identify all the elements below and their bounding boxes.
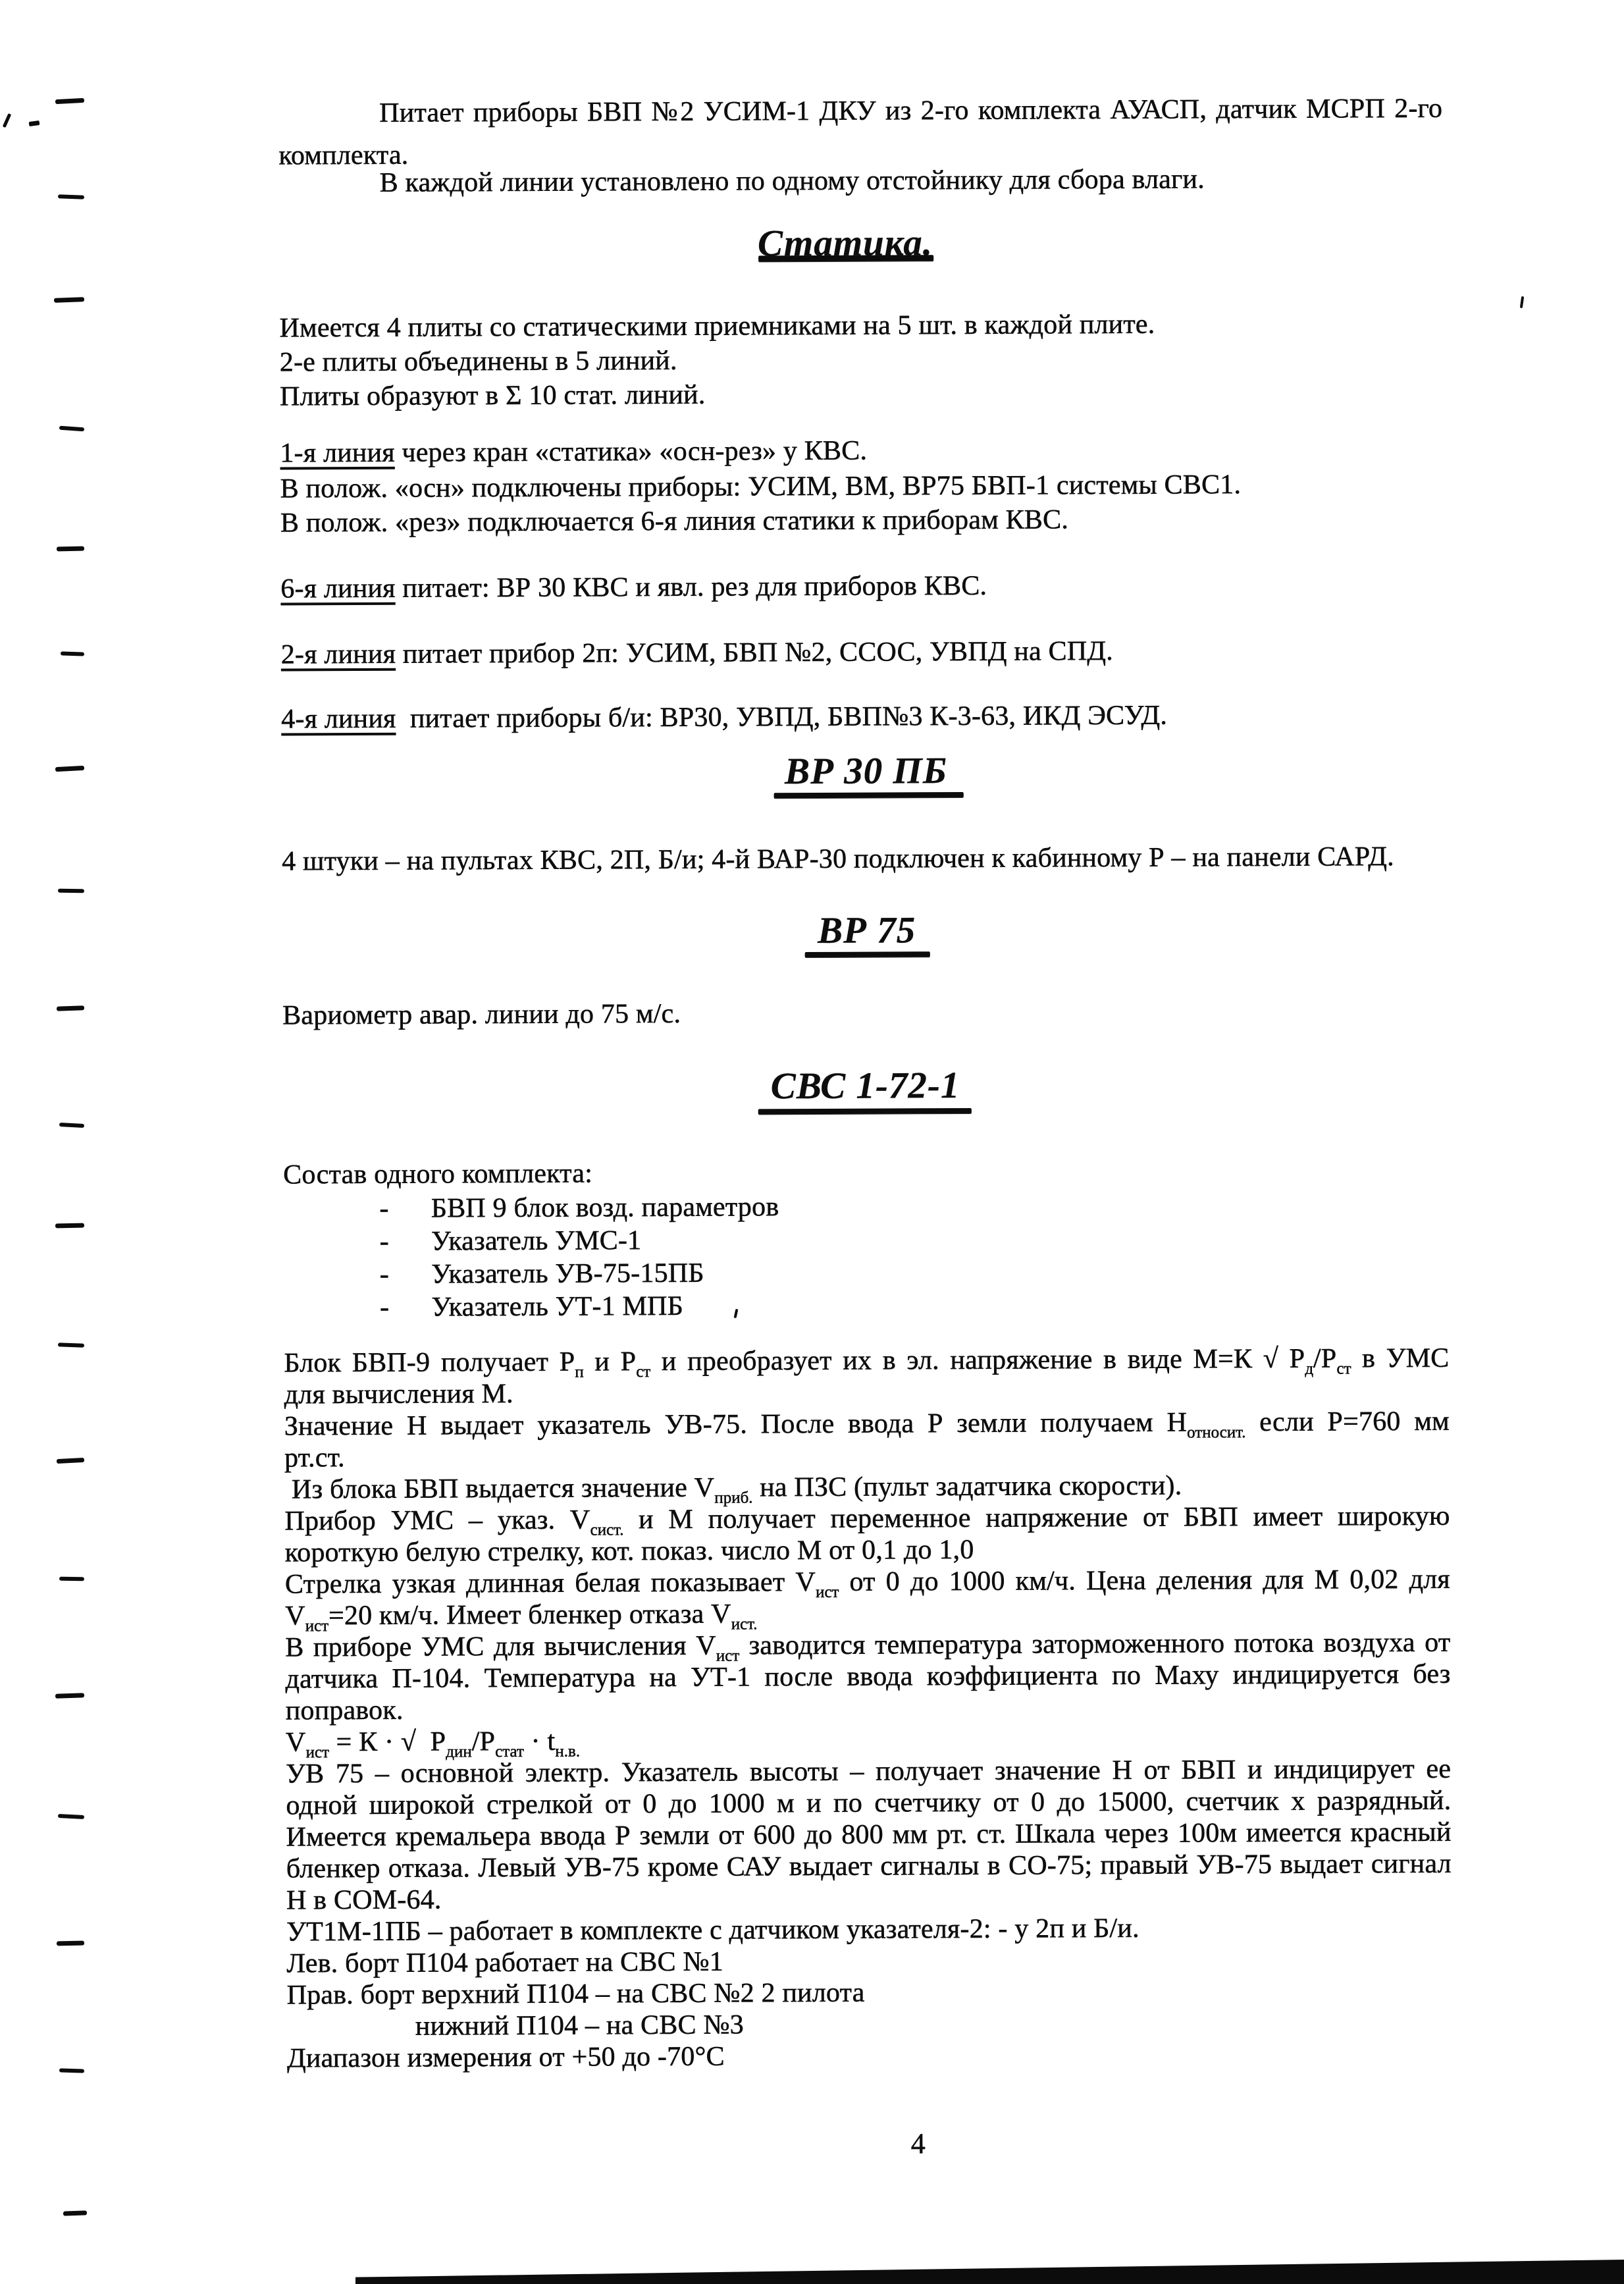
par-line-2: для вычисления М.	[284, 1379, 513, 1411]
statika-line-3: Плиты образуют в Σ 10 стат. линий.	[280, 380, 706, 413]
line4: 4-я линия питает приборы б/и: ВР30, УВПД…	[281, 701, 1167, 735]
text-segment: заводится температура заторможенного пот…	[739, 1628, 1450, 1661]
text-segment: В полож. «осн» подключены приборы: УСИМ,…	[280, 469, 1242, 504]
text-segment: - Указатель УМС-1	[380, 1225, 642, 1257]
text-segment: =20 км/ч. Имеет бленкер отказа V	[328, 1599, 731, 1632]
par-line-21: Прав. борт верхний П104 – на СВС №2 2 пи…	[287, 1978, 865, 2011]
subscript-text: д	[1305, 1360, 1313, 1378]
subscript-text: ст	[1336, 1360, 1351, 1377]
line1-krn: 1-я линия через кран «статика» «осн-рез»…	[280, 436, 867, 469]
par-line-15: одной широкой стрелкой от 0 до 1000 м и …	[286, 1786, 1451, 1822]
text-segment: питает прибор 2п: УСИМ, БВП №2, ССОС, УВ…	[396, 636, 1113, 670]
text-segment: /Р	[1313, 1344, 1337, 1374]
text-segment: Значение Н выдает указатель УВ-75. После…	[284, 1408, 1187, 1442]
par-line-10: В приборе УМС для вычисления Vист заводи…	[285, 1628, 1450, 1664]
text-segment: от 0 до 1000 км/ч. Цена деления для М 0,…	[839, 1564, 1450, 1597]
text-segment: бленкер отказа. Левый УВ-75 кроме САУ вы…	[286, 1849, 1452, 1884]
text-segment: - Указатель УВ-75-15ПБ	[380, 1258, 704, 1290]
text-segment: датчика П-104. Температура на УТ-1 после…	[285, 1659, 1450, 1695]
text-segment: и М получает переменное напряжение от БВ…	[623, 1501, 1450, 1535]
text-segment: через кран «статика» «осн-рез» у КВС.	[395, 436, 868, 468]
subscript-text: относит.	[1187, 1423, 1245, 1441]
line1-rez: В полож. «рез» подключается 6-я линия ст…	[280, 504, 1068, 539]
text-segment: Диапазон измерения от +50 до -70°С	[287, 2042, 725, 2074]
subscript-text: п	[575, 1364, 584, 1381]
svs-item-bvp9: - БВП 9 блок возд. параметров	[379, 1192, 779, 1225]
text-segment: комплекта.	[278, 140, 408, 171]
statika-line-2: 2-е плиты объединены в 5 линий.	[280, 346, 677, 379]
text-segment: Прибор УМС – указ. V	[284, 1504, 590, 1536]
par-line-12: поправок.	[286, 1695, 404, 1727]
svs-item-uv75: - Указатель УВ-75-15ПБ	[380, 1258, 704, 1290]
vr30pb-underline	[774, 792, 964, 798]
statika-underline	[758, 255, 933, 261]
text-segment: на ПЗС (пульт задатчика скорости).	[752, 1471, 1182, 1503]
text-segment: рт.ст.	[284, 1443, 345, 1473]
page-number: 4	[911, 2127, 926, 2160]
text-segment: Состав одного комплекта:	[283, 1158, 592, 1190]
vr75-line: Вариометр авар. линии до 75 м/с.	[282, 999, 681, 1032]
text-segment: питает: ВР 30 КВС и явл. рез для приборо…	[396, 571, 987, 604]
text-segment: Стрелка узкая длинная белая показывает V	[285, 1567, 816, 1600]
text-segment: и преобразует их в эл. напряжение в виде…	[650, 1344, 1305, 1377]
par-line-8: Стрелка узкая длинная белая показывает V…	[285, 1564, 1450, 1601]
heading-vr30pb: ВР 30 ПБ	[785, 750, 947, 793]
underlined-text: 4-я линия	[281, 704, 396, 735]
text-layer: Питает приборы БВП №2 УСИМ-1 ДКУ из 2-го…	[0, 0, 1624, 2284]
text-segment: Имеется 4 плиты со статическими приемник…	[279, 309, 1155, 344]
text-segment: В полож. «рез» подключается 6-я линия ст…	[280, 504, 1068, 538]
text-segment: · t	[524, 1726, 556, 1757]
svs-sostav: Состав одного комплекта:	[283, 1158, 592, 1190]
text-segment: V	[286, 1727, 306, 1757]
text-segment: Питает приборы БВП №2 УСИМ-1 ДКУ из 2-го…	[379, 93, 1442, 128]
par-line-22: нижний П104 – на СВС №3	[415, 2009, 744, 2042]
text-segment: СВС 1-72-1	[771, 1065, 960, 1107]
par-line-7: короткую белую стрелку, кот. показ. числ…	[285, 1535, 974, 1569]
subscript-text: ист	[816, 1583, 839, 1601]
text-segment: V	[285, 1601, 305, 1631]
text-segment: /Р	[472, 1726, 496, 1757]
par-line-6: Прибор УМС – указ. Vсист. и М получает п…	[284, 1501, 1450, 1537]
text-segment: Из блока БВП выдается значение V	[284, 1473, 714, 1505]
par-line-4: рт.ст.	[284, 1443, 345, 1474]
text-segment: УТ1М-1ПБ – работает в комплекте с датчик…	[286, 1913, 1139, 1948]
text-segment: нижний П104 – на СВС №3	[415, 2009, 744, 2041]
text-segment: одной широкой стрелкой от 0 до 1000 м и …	[286, 1786, 1451, 1821]
text-segment: 4 штуки – на пультах КВС, 2П, Б/и; 4-й В…	[282, 841, 1394, 876]
par-line-9: Vист=20 км/ч. Имеет бленкер отказа Vист.	[285, 1599, 758, 1632]
text-segment: Блок БВП-9 получает Р	[284, 1347, 575, 1379]
par-line-3: Значение Н выдает указатель УВ-75. После…	[284, 1406, 1450, 1443]
text-segment: 2-е плиты объединены в 5 линий.	[280, 346, 677, 378]
par-line-16: Имеется кремальера ввода Р земли от 600 …	[286, 1817, 1451, 1853]
text-segment: Прав. борт верхний П104 – на СВС №2 2 пи…	[287, 1978, 865, 2011]
svs-item-ums1: - Указатель УМС-1	[380, 1225, 642, 1258]
vr75-underline	[805, 951, 930, 957]
par-line-5: Из блока БВП выдается значение Vприб. на…	[284, 1471, 1182, 1506]
text-segment: Вариометр авар. линии до 75 м/с.	[282, 999, 681, 1031]
svs-underline	[758, 1108, 972, 1114]
heading-vr75: ВР 75	[818, 909, 916, 951]
line6: 6-я линия питает: ВР 30 КВС и явл. рез д…	[280, 571, 987, 605]
text-segment: В каждой линии установлено по одному отс…	[380, 164, 1205, 198]
intro-line-1: Питает приборы БВП №2 УСИМ-1 ДКУ из 2-го…	[379, 93, 1442, 129]
text-segment: Лев. борт П104 работает на СВС №1	[286, 1947, 723, 1979]
svs-item-ut1: - Указатель УТ-1 МПБ	[380, 1291, 683, 1323]
text-segment: если Р=760 мм	[1245, 1406, 1450, 1437]
line1-osn: В полож. «осн» подключены приборы: УСИМ,…	[280, 469, 1242, 504]
par-line-18: Н в СОМ-64.	[286, 1884, 442, 1916]
text-segment: для вычисления М.	[284, 1379, 513, 1410]
statika-line-1: Имеется 4 плиты со статическими приемник…	[279, 309, 1155, 344]
par-line-1: Блок БВП-9 получает Рп и Рст и преобразу…	[284, 1343, 1449, 1379]
underlined-text: 6-я линия	[280, 573, 396, 604]
text-segment: = К · √ Р	[329, 1726, 446, 1757]
text-segment: и Р	[584, 1346, 637, 1377]
text-segment: питает приборы б/и: ВР30, УВПД, БВП№3 К-…	[396, 701, 1167, 734]
par-line-23: Диапазон измерения от +50 до -70°С	[287, 2042, 725, 2075]
intro-line-2: комплекта.	[278, 140, 408, 172]
text-segment: В приборе УМС для вычисления V	[285, 1631, 716, 1663]
text-segment: поправок.	[286, 1695, 404, 1726]
underlined-text: 1-я линия	[280, 438, 395, 469]
heading-svs: СВС 1-72-1	[771, 1065, 960, 1107]
text-segment: - БВП 9 блок возд. параметров	[379, 1192, 779, 1224]
text-segment: УВ 75 – основной электр. Указатель высот…	[286, 1754, 1451, 1790]
text-segment: - Указатель УТ-1 МПБ	[380, 1291, 683, 1323]
text-segment: Имеется кремальера ввода Р земли от 600 …	[286, 1817, 1451, 1853]
text-segment: 4	[911, 2127, 926, 2160]
line2: 2-я линия питает прибор 2п: УСИМ, БВП №2…	[281, 636, 1113, 671]
scanned-document-page: Питает приборы БВП №2 УСИМ-1 ДКУ из 2-го…	[0, 0, 1624, 2284]
text-segment: ВР 75	[818, 909, 916, 951]
text-segment: Плиты образуют в Σ 10 стат. линий.	[280, 380, 706, 412]
vr30-line: 4 штуки – на пультах КВС, 2П, Б/и; 4-й В…	[282, 841, 1394, 877]
intro-line-3: В каждой линии установлено по одному отс…	[380, 164, 1205, 198]
par-line-14: УВ 75 – основной электр. Указатель высот…	[286, 1754, 1451, 1790]
text-segment: в УМС	[1351, 1343, 1449, 1374]
subscript-text: ст	[636, 1363, 650, 1381]
text-segment: ВР 30 ПБ	[785, 750, 947, 792]
text-segment: Н в СОМ-64.	[286, 1884, 442, 1915]
underlined-text: 2-я линия	[281, 639, 396, 670]
par-line-20: Лев. борт П104 работает на СВС №1	[286, 1947, 723, 1980]
par-line-13: Vист = К · √ Рдин/Рстат · tн.в.	[286, 1726, 580, 1759]
par-line-19: УТ1М-1ПБ – работает в комплекте с датчик…	[286, 1913, 1139, 1948]
par-line-17: бленкер отказа. Левый УВ-75 кроме САУ вы…	[286, 1849, 1452, 1885]
par-line-11: датчика П-104. Температура на УТ-1 после…	[285, 1659, 1450, 1695]
text-segment: короткую белую стрелку, кот. показ. числ…	[285, 1535, 974, 1568]
